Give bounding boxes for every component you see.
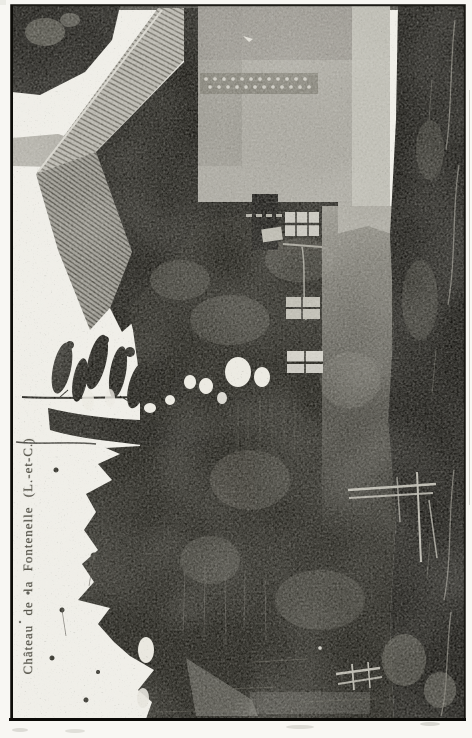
postcard-scan: Château de la Fontenelle (L.-et-C.) bbox=[0, 0, 472, 738]
postcard-photo bbox=[0, 0, 472, 738]
film-grain bbox=[12, 6, 465, 719]
